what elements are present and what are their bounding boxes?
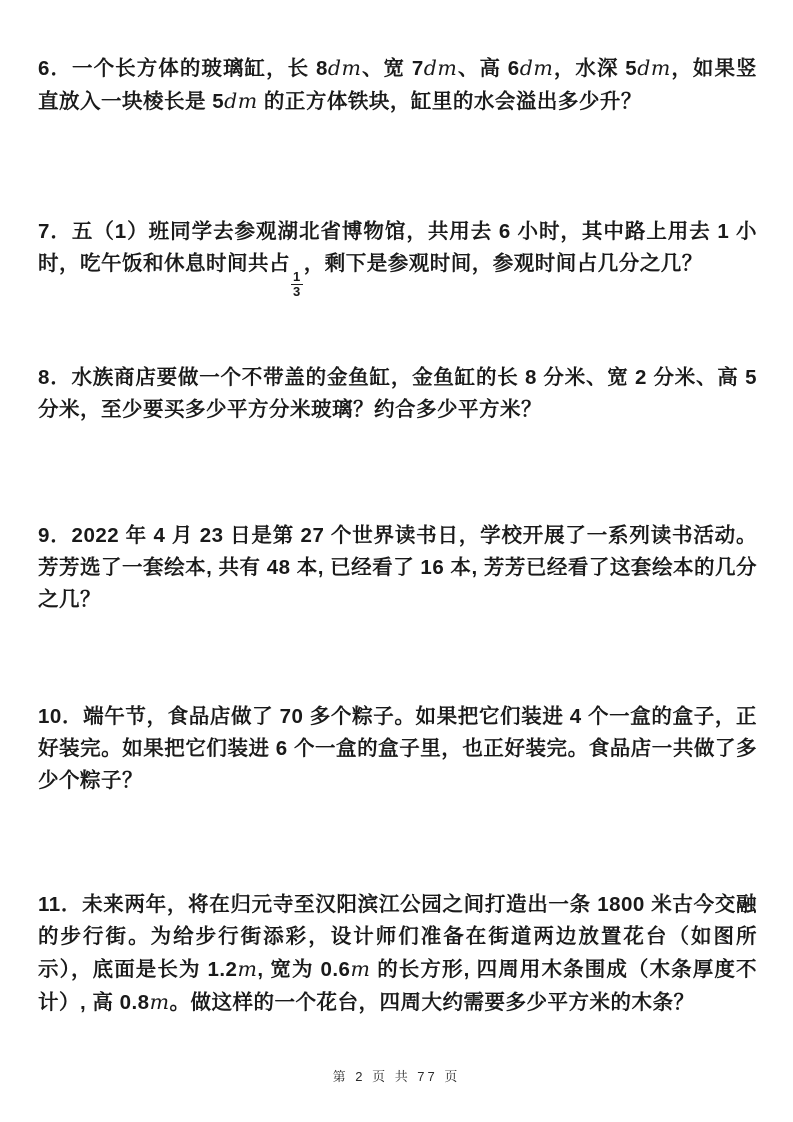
unit-text: dm <box>224 89 258 113</box>
question-text: 的正方体铁块，缸里的水会溢出多少升？ <box>258 90 642 113</box>
page-number-text: 第 2 页 共 77 页 <box>333 1069 461 1084</box>
fraction-1-3: 13 <box>291 270 303 298</box>
unit-text: dm <box>637 56 671 80</box>
question-text: 。做这样的一个花台，四周大约需要多少平方米的木条？ <box>170 991 695 1014</box>
question-text: 9．2022 年 4 月 23 日是第 27 个世界读书日，学校开展了一系列读书… <box>38 524 757 611</box>
fraction-denominator: 3 <box>291 284 303 299</box>
question-text: ，水深 5 <box>553 57 637 80</box>
question-text: 10．端午节，食品店做了 70 多个粽子。如果把它们装进 4 个一盒的盒子，正好… <box>38 705 757 792</box>
question-7: 7．五（1）班同学去参观湖北省博物馆，共用去 6 小时，其中路上用去 1 小时，… <box>38 216 757 298</box>
question-text: , 宽为 0.6 <box>257 958 350 981</box>
question-6: 6．一个长方体的玻璃缸，长 8dm、宽 7dm、高 6dm，水深 5dm，如果竖… <box>38 52 757 118</box>
unit-text: dm <box>424 56 458 80</box>
question-11: 11．未来两年，将在归元寺至汉阳滨江公园之间打造出一条 1800 米古今交融的步… <box>38 889 757 1019</box>
question-text: 6．一个长方体的玻璃缸，长 8 <box>38 57 328 80</box>
question-9: 9．2022 年 4 月 23 日是第 27 个世界读书日，学校开展了一系列读书… <box>38 520 757 616</box>
page-footer: 第 2 页 共 77 页 <box>0 1066 793 1085</box>
question-8: 8．水族商店要做一个不带盖的金鱼缸，金鱼缸的长 8 分米、宽 2 分米、高 5 … <box>38 362 757 426</box>
worksheet-page: 6．一个长方体的玻璃缸，长 8dm、宽 7dm、高 6dm，水深 5dm，如果竖… <box>0 0 793 1122</box>
unit-text: m <box>350 957 370 981</box>
question-text: ，剩下是参观时间，参观时间占几分之几？ <box>304 252 703 275</box>
question-text: 、宽 7 <box>361 57 423 80</box>
questions-container: 6．一个长方体的玻璃缸，长 8dm、宽 7dm、高 6dm，水深 5dm，如果竖… <box>38 52 757 1019</box>
question-10: 10．端午节，食品店做了 70 多个粽子。如果把它们装进 4 个一盒的盒子，正好… <box>38 701 757 797</box>
unit-text: dm <box>520 56 554 80</box>
question-text: 、高 6 <box>457 57 519 80</box>
unit-text: m <box>150 990 170 1014</box>
unit-text: m <box>237 957 257 981</box>
question-text: 8．水族商店要做一个不带盖的金鱼缸，金鱼缸的长 8 分米、宽 2 分米、高 5 … <box>38 366 757 421</box>
fraction-numerator: 1 <box>291 270 303 284</box>
unit-text: dm <box>328 56 362 80</box>
